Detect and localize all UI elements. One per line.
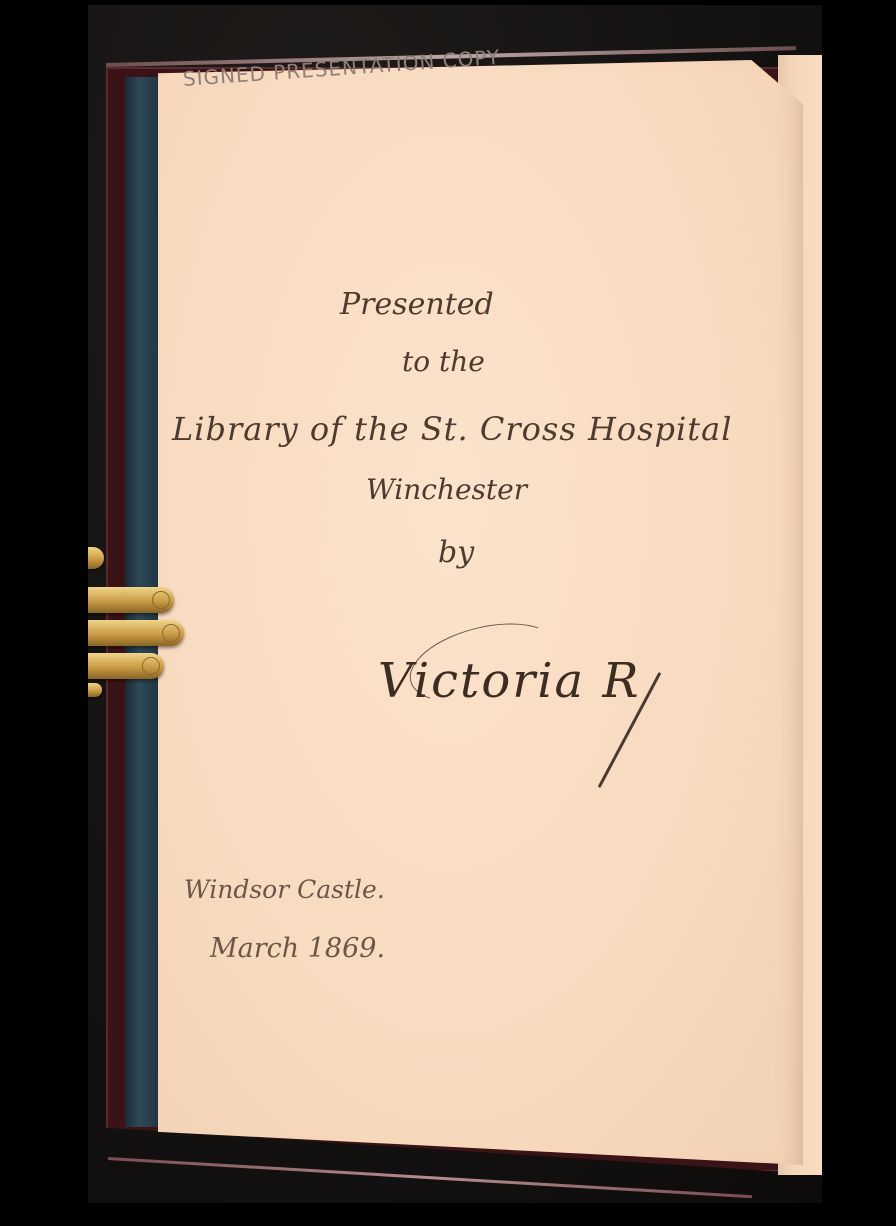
clip-finger bbox=[88, 683, 102, 697]
inscription-line-to-the: to the bbox=[402, 345, 485, 378]
fingernail-detail bbox=[152, 591, 170, 609]
fingernail-detail bbox=[162, 624, 180, 642]
inscription-line-winchester: Winchester bbox=[366, 473, 527, 506]
book-photograph: SIGNED PRESENTATION COPY Presented to th… bbox=[88, 5, 822, 1203]
royal-signature: Victoria R bbox=[378, 653, 641, 709]
clip-finger bbox=[88, 653, 164, 679]
clip-finger bbox=[88, 620, 184, 646]
inscription-line-presented: Presented bbox=[340, 287, 494, 322]
clip-finger bbox=[88, 587, 174, 613]
clip-finger bbox=[88, 547, 104, 569]
inscription-line-library: Library of the St. Cross Hospital bbox=[172, 410, 732, 448]
inscription-date: March 1869. bbox=[210, 933, 385, 964]
fingernail-detail bbox=[142, 657, 160, 675]
inscription-line-by: by bbox=[438, 535, 474, 570]
endpaper-page bbox=[158, 60, 803, 1165]
inscription-place: Windsor Castle. bbox=[184, 875, 385, 904]
gold-page-clip bbox=[88, 545, 186, 695]
